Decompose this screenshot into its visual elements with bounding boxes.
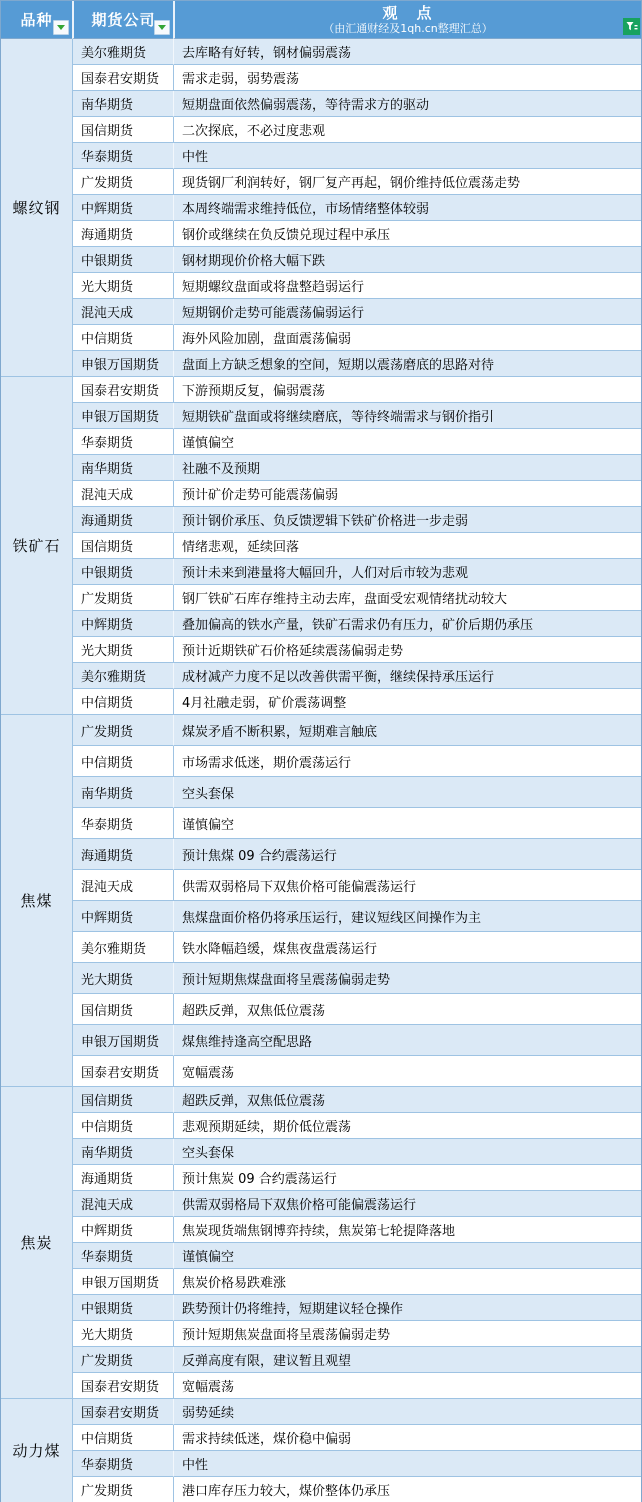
table-row: 中信期货需求持续低迷，煤价稳中偏弱: [1, 1425, 641, 1451]
view-cell[interactable]: 社融不及预期: [173, 455, 641, 481]
company-cell[interactable]: 南华期货: [72, 1139, 173, 1165]
company-cell[interactable]: 混沌天成: [72, 299, 173, 325]
view-cell[interactable]: 空头套保: [173, 777, 641, 808]
view-cell[interactable]: 预计短期焦煤盘面将呈震荡偏弱走势: [173, 963, 641, 994]
company-cell[interactable]: 国泰君安期货: [72, 377, 173, 403]
company-cell[interactable]: 美尔雅期货: [72, 663, 173, 689]
view-cell[interactable]: 宽幅震荡: [173, 1056, 641, 1087]
table-row: 混沌天成预计矿价走势可能震荡偏弱: [1, 481, 641, 507]
company-cell[interactable]: 国信期货: [72, 1087, 173, 1113]
company-cell[interactable]: 海通期货: [72, 507, 173, 533]
commodity-cell[interactable]: 螺纹钢: [1, 39, 72, 377]
table-row: 铁矿石国泰君安期货下游预期反复，偏弱震荡: [1, 377, 641, 403]
chevron-down-icon: [57, 25, 65, 30]
view-cell[interactable]: 短期螺纹盘面或将盘整趋弱运行: [173, 273, 641, 299]
view-cell[interactable]: 短期盘面依然偏弱震荡，等待需求方的驱动: [173, 91, 641, 117]
company-cell[interactable]: 海通期货: [72, 839, 173, 870]
header-company-label: 期货公司: [91, 11, 155, 29]
header-viewpoint-subtitle: （由汇通财经及1qh.cn整理汇总）: [175, 22, 641, 35]
company-cell[interactable]: 南华期货: [72, 777, 173, 808]
view-cell[interactable]: 钢厂铁矿石库存维持主动去库，盘面受宏观情绪扰动较大: [173, 585, 641, 611]
view-cell[interactable]: 铁水降幅趋缓，煤焦夜盘震荡运行: [173, 932, 641, 963]
view-cell[interactable]: 预计近期铁矿石价格延续震荡偏弱走势: [173, 637, 641, 663]
view-cell[interactable]: 预计短期焦炭盘面将呈震荡偏弱走势: [173, 1321, 641, 1347]
header-viewpoint: 观 点 （由汇通财经及1qh.cn整理汇总）: [173, 1, 641, 39]
view-cell[interactable]: 超跌反弹，双焦低位震荡: [173, 994, 641, 1025]
table-row: 光大期货预计短期焦炭盘面将呈震荡偏弱走势: [1, 1321, 641, 1347]
view-cell[interactable]: 短期钢价走势可能震荡偏弱运行: [173, 299, 641, 325]
commodity-cell[interactable]: 动力煤: [1, 1399, 72, 1502]
view-cell[interactable]: 叠加偏高的铁水产量，铁矿石需求仍有压力，矿价后期仍承压: [173, 611, 641, 637]
table-row: 中银期货预计未来到港量将大幅回升，人们对后市较为悲观: [1, 559, 641, 585]
table-row: 焦煤广发期货煤炭矛盾不断积累，短期难言触底: [1, 715, 641, 746]
view-cell[interactable]: 预计矿价走势可能震荡偏弱: [173, 481, 641, 507]
company-cell[interactable]: 国信期货: [72, 117, 173, 143]
table-row: 海通期货预计焦炭 09 合约震荡运行: [1, 1165, 641, 1191]
company-cell[interactable]: 国泰君安期货: [72, 65, 173, 91]
view-cell[interactable]: 预计未来到港量将大幅回升，人们对后市较为悲观: [173, 559, 641, 585]
company-cell[interactable]: 美尔雅期货: [72, 39, 173, 65]
company-cell[interactable]: 华泰期货: [72, 143, 173, 169]
company-cell[interactable]: 申银万国期货: [72, 1269, 173, 1295]
table-row: 华泰期货谨慎偏空: [1, 1243, 641, 1269]
company-cell[interactable]: 光大期货: [72, 273, 173, 299]
company-cell[interactable]: 申银万国期货: [72, 403, 173, 429]
company-cell[interactable]: 中辉期货: [72, 1217, 173, 1243]
company-cell[interactable]: 中信期货: [72, 1113, 173, 1139]
table-row: 国泰君安期货宽幅震荡: [1, 1056, 641, 1087]
chevron-down-icon: [158, 25, 166, 30]
table-row: 混沌天成供需双弱格局下双焦价格可能偏震荡运行: [1, 870, 641, 901]
view-cell[interactable]: 现货钢厂利润转好，钢厂复产再起，钢价维持低位震荡走势: [173, 169, 641, 195]
company-cell[interactable]: 混沌天成: [72, 870, 173, 901]
view-cell[interactable]: 预计焦煤 09 合约震荡运行: [173, 839, 641, 870]
table-row: 南华期货空头套保: [1, 1139, 641, 1165]
company-cell[interactable]: 中信期货: [72, 746, 173, 777]
table-row: 中信期货4月社融走弱，矿价震荡调整: [1, 689, 641, 715]
company-cell[interactable]: 中银期货: [72, 247, 173, 273]
table-row: 海通期货钢价或继续在负反馈兑现过程中承压: [1, 221, 641, 247]
table-row: 螺纹钢美尔雅期货去库略有好转，钢材偏弱震荡: [1, 39, 641, 65]
company-cell[interactable]: 中银期货: [72, 559, 173, 585]
view-cell[interactable]: 需求走弱，弱势震荡: [173, 65, 641, 91]
table-row: 中信期货市场需求低迷，期价震荡运行: [1, 746, 641, 777]
view-cell[interactable]: 下游预期反复，偏弱震荡: [173, 377, 641, 403]
commodity-cell[interactable]: 铁矿石: [1, 377, 72, 715]
company-cell[interactable]: 华泰期货: [72, 1243, 173, 1269]
table-row: 混沌天成供需双弱格局下双焦价格可能偏震荡运行: [1, 1191, 641, 1217]
view-cell[interactable]: 4月社融走弱，矿价震荡调整: [173, 689, 641, 715]
view-cell[interactable]: 短期铁矿盘面或将继续磨底，等待终端需求与钢价指引: [173, 403, 641, 429]
table-body: 螺纹钢美尔雅期货去库略有好转，钢材偏弱震荡国泰君安期货需求走弱，弱势震荡南华期货…: [1, 39, 641, 1502]
company-cell[interactable]: 国信期货: [72, 533, 173, 559]
table-row: 南华期货短期盘面依然偏弱震荡，等待需求方的驱动: [1, 91, 641, 117]
table-row: 申银万国期货盘面上方缺乏想象的空间，短期以震荡磨底的思路对待: [1, 351, 641, 377]
table-row: 中辉期货本周终端需求维持低位，市场情绪整体较弱: [1, 195, 641, 221]
view-cell[interactable]: 空头套保: [173, 1139, 641, 1165]
company-cell[interactable]: 国信期货: [72, 994, 173, 1025]
table-row: 南华期货空头套保: [1, 777, 641, 808]
company-cell[interactable]: 中银期货: [72, 1295, 173, 1321]
company-cell[interactable]: 广发期货: [72, 169, 173, 195]
company-cell[interactable]: 混沌天成: [72, 1191, 173, 1217]
view-cell[interactable]: 焦炭现货端焦钢博弈持续，焦炭第七轮提降落地: [173, 1217, 641, 1243]
table-row: 光大期货预计短期焦煤盘面将呈震荡偏弱走势: [1, 963, 641, 994]
header-company: 期货公司: [72, 1, 173, 39]
table-row: 华泰期货谨慎偏空: [1, 808, 641, 839]
table-row: 美尔雅期货成材减产力度不足以改善供需平衡，继续保持承压运行: [1, 663, 641, 689]
view-cell[interactable]: 供需双弱格局下双焦价格可能偏震荡运行: [173, 1191, 641, 1217]
view-cell[interactable]: 谨慎偏空: [173, 1243, 641, 1269]
table-row: 广发期货现货钢厂利润转好，钢厂复产再起，钢价维持低位震荡走势: [1, 169, 641, 195]
table-row: 国泰君安期货需求走弱，弱势震荡: [1, 65, 641, 91]
company-cell[interactable]: 混沌天成: [72, 481, 173, 507]
view-cell[interactable]: 港口库存压力较大，煤价整体仍承压: [173, 1477, 641, 1502]
table-row: 广发期货反弹高度有限，建议暂且观望: [1, 1347, 641, 1373]
view-cell[interactable]: 市场需求低迷，期价震荡运行: [173, 746, 641, 777]
table-row: 广发期货钢厂铁矿石库存维持主动去库，盘面受宏观情绪扰动较大: [1, 585, 641, 611]
table-row: 焦炭国信期货超跌反弹，双焦低位震荡: [1, 1087, 641, 1113]
company-cell[interactable]: 华泰期货: [72, 808, 173, 839]
view-cell[interactable]: 盘面上方缺乏想象的空间，短期以震荡磨底的思路对待: [173, 351, 641, 377]
company-cell[interactable]: 海通期货: [72, 221, 173, 247]
view-cell[interactable]: 本周终端需求维持低位，市场情绪整体较弱: [173, 195, 641, 221]
table-row: 华泰期货中性: [1, 1451, 641, 1477]
view-cell[interactable]: 焦炭价格易跌难涨: [173, 1269, 641, 1295]
company-cell[interactable]: 中辉期货: [72, 611, 173, 637]
table-row: 中信期货悲观预期延续，期价低位震荡: [1, 1113, 641, 1139]
table-row: 华泰期货谨慎偏空: [1, 429, 641, 455]
view-cell[interactable]: 钢价或继续在负反馈兑现过程中承压: [173, 221, 641, 247]
view-cell[interactable]: 跌势预计仍将维持，短期建议轻仓操作: [173, 1295, 641, 1321]
view-cell[interactable]: 反弹高度有限，建议暂且观望: [173, 1347, 641, 1373]
table-header: 品种 期货公司 观 点 （由汇通财经及1qh.cn整理汇总）: [1, 1, 641, 39]
header-commodity: 品种: [1, 1, 72, 39]
table-row: 光大期货短期螺纹盘面或将盘整趋弱运行: [1, 273, 641, 299]
table-row: 南华期货社融不及预期: [1, 455, 641, 481]
filter-dropdown-icon[interactable]: [53, 20, 69, 35]
company-cell[interactable]: 申银万国期货: [72, 1025, 173, 1056]
company-cell[interactable]: 南华期货: [72, 91, 173, 117]
view-cell[interactable]: 情绪悲观，延续回落: [173, 533, 641, 559]
table-row: 中信期货海外风险加剧，盘面震荡偏弱: [1, 325, 641, 351]
company-cell[interactable]: 美尔雅期货: [72, 932, 173, 963]
company-cell[interactable]: 中辉期货: [72, 901, 173, 932]
view-cell[interactable]: 去库略有好转，钢材偏弱震荡: [173, 39, 641, 65]
company-cell[interactable]: 国泰君安期货: [72, 1056, 173, 1087]
view-cell[interactable]: 钢材期现价价格大幅下跌: [173, 247, 641, 273]
view-cell[interactable]: 焦煤盘面价格仍将承压运行，建议短线区间操作为主: [173, 901, 641, 932]
view-cell[interactable]: 宽幅震荡: [173, 1373, 641, 1399]
funnel-filter-icon[interactable]: [623, 18, 640, 35]
table-row: 中辉期货焦煤盘面价格仍将承压运行，建议短线区间操作为主: [1, 901, 641, 932]
company-cell[interactable]: 国泰君安期货: [72, 1399, 173, 1425]
table-row: 海通期货预计钢价承压、负反馈逻辑下铁矿价格进一步走弱: [1, 507, 641, 533]
view-cell[interactable]: 弱势延续: [173, 1399, 641, 1425]
view-cell[interactable]: 谨慎偏空: [173, 808, 641, 839]
table-row: 国信期货超跌反弹，双焦低位震荡: [1, 994, 641, 1025]
company-cell[interactable]: 中辉期货: [72, 195, 173, 221]
table-row: 中辉期货叠加偏高的铁水产量，铁矿石需求仍有压力，矿价后期仍承压: [1, 611, 641, 637]
company-cell[interactable]: 华泰期货: [72, 429, 173, 455]
commodity-cell[interactable]: 焦炭: [1, 1087, 72, 1399]
company-cell[interactable]: 光大期货: [72, 637, 173, 663]
view-cell[interactable]: 超跌反弹，双焦低位震荡: [173, 1087, 641, 1113]
table-row: 华泰期货中性: [1, 143, 641, 169]
header-viewpoint-title: 观 点: [175, 5, 641, 22]
table-row: 申银万国期货焦炭价格易跌难涨: [1, 1269, 641, 1295]
company-cell[interactable]: 广发期货: [72, 1347, 173, 1373]
company-cell[interactable]: 海通期货: [72, 1165, 173, 1191]
table-row: 中辉期货焦炭现货端焦钢博弈持续，焦炭第七轮提降落地: [1, 1217, 641, 1243]
table-row: 动力煤国泰君安期货弱势延续: [1, 1399, 641, 1425]
table-row: 混沌天成短期钢价走势可能震荡偏弱运行: [1, 299, 641, 325]
view-cell[interactable]: 二次探底，不必过度悲观: [173, 117, 641, 143]
table-row: 广发期货港口库存压力较大，煤价整体仍承压: [1, 1477, 641, 1502]
commodity-cell[interactable]: 焦煤: [1, 715, 72, 1087]
company-cell[interactable]: 广发期货: [72, 585, 173, 611]
company-cell[interactable]: 光大期货: [72, 963, 173, 994]
table-row: 申银万国期货煤焦维持逢高空配思路: [1, 1025, 641, 1056]
company-cell[interactable]: 国泰君安期货: [72, 1373, 173, 1399]
company-cell[interactable]: 南华期货: [72, 455, 173, 481]
view-cell[interactable]: 煤炭矛盾不断积累，短期难言触底: [173, 715, 641, 746]
view-cell[interactable]: 悲观预期延续，期价低位震荡: [173, 1113, 641, 1139]
view-cell[interactable]: 预计焦炭 09 合约震荡运行: [173, 1165, 641, 1191]
view-cell[interactable]: 煤焦维持逢高空配思路: [173, 1025, 641, 1056]
table-row: 光大期货预计近期铁矿石价格延续震荡偏弱走势: [1, 637, 641, 663]
table-row: 国信期货情绪悲观，延续回落: [1, 533, 641, 559]
funnel-glyph: [625, 20, 638, 33]
filter-dropdown-icon[interactable]: [154, 20, 170, 35]
futures-opinion-sheet: 品种 期货公司 观 点 （由汇通财经及1qh.cn整理汇总）: [0, 0, 642, 1502]
opinion-table: 品种 期货公司 观 点 （由汇通财经及1qh.cn整理汇总）: [0, 0, 642, 1502]
company-cell[interactable]: 中信期货: [72, 325, 173, 351]
view-cell[interactable]: 谨慎偏空: [173, 429, 641, 455]
table-row: 申银万国期货短期铁矿盘面或将继续磨底，等待终端需求与钢价指引: [1, 403, 641, 429]
view-cell[interactable]: 供需双弱格局下双焦价格可能偏震荡运行: [173, 870, 641, 901]
company-cell[interactable]: 申银万国期货: [72, 351, 173, 377]
company-cell[interactable]: 光大期货: [72, 1321, 173, 1347]
view-cell[interactable]: 中性: [173, 143, 641, 169]
table-row: 中银期货钢材期现价价格大幅下跌: [1, 247, 641, 273]
company-cell[interactable]: 广发期货: [72, 715, 173, 746]
company-cell[interactable]: 中信期货: [72, 689, 173, 715]
header-commodity-label: 品种: [20, 11, 52, 29]
table-row: 美尔雅期货铁水降幅趋缓，煤焦夜盘震荡运行: [1, 932, 641, 963]
table-row: 中银期货跌势预计仍将维持，短期建议轻仓操作: [1, 1295, 641, 1321]
view-cell[interactable]: 中性: [173, 1451, 641, 1477]
view-cell[interactable]: 成材减产力度不足以改善供需平衡，继续保持承压运行: [173, 663, 641, 689]
table-row: 海通期货预计焦煤 09 合约震荡运行: [1, 839, 641, 870]
table-row: 国泰君安期货宽幅震荡: [1, 1373, 641, 1399]
company-cell[interactable]: 广发期货: [72, 1477, 173, 1502]
company-cell[interactable]: 华泰期货: [72, 1451, 173, 1477]
table-row: 国信期货二次探底，不必过度悲观: [1, 117, 641, 143]
view-cell[interactable]: 需求持续低迷，煤价稳中偏弱: [173, 1425, 641, 1451]
company-cell[interactable]: 中信期货: [72, 1425, 173, 1451]
view-cell[interactable]: 预计钢价承压、负反馈逻辑下铁矿价格进一步走弱: [173, 507, 641, 533]
view-cell[interactable]: 海外风险加剧，盘面震荡偏弱: [173, 325, 641, 351]
